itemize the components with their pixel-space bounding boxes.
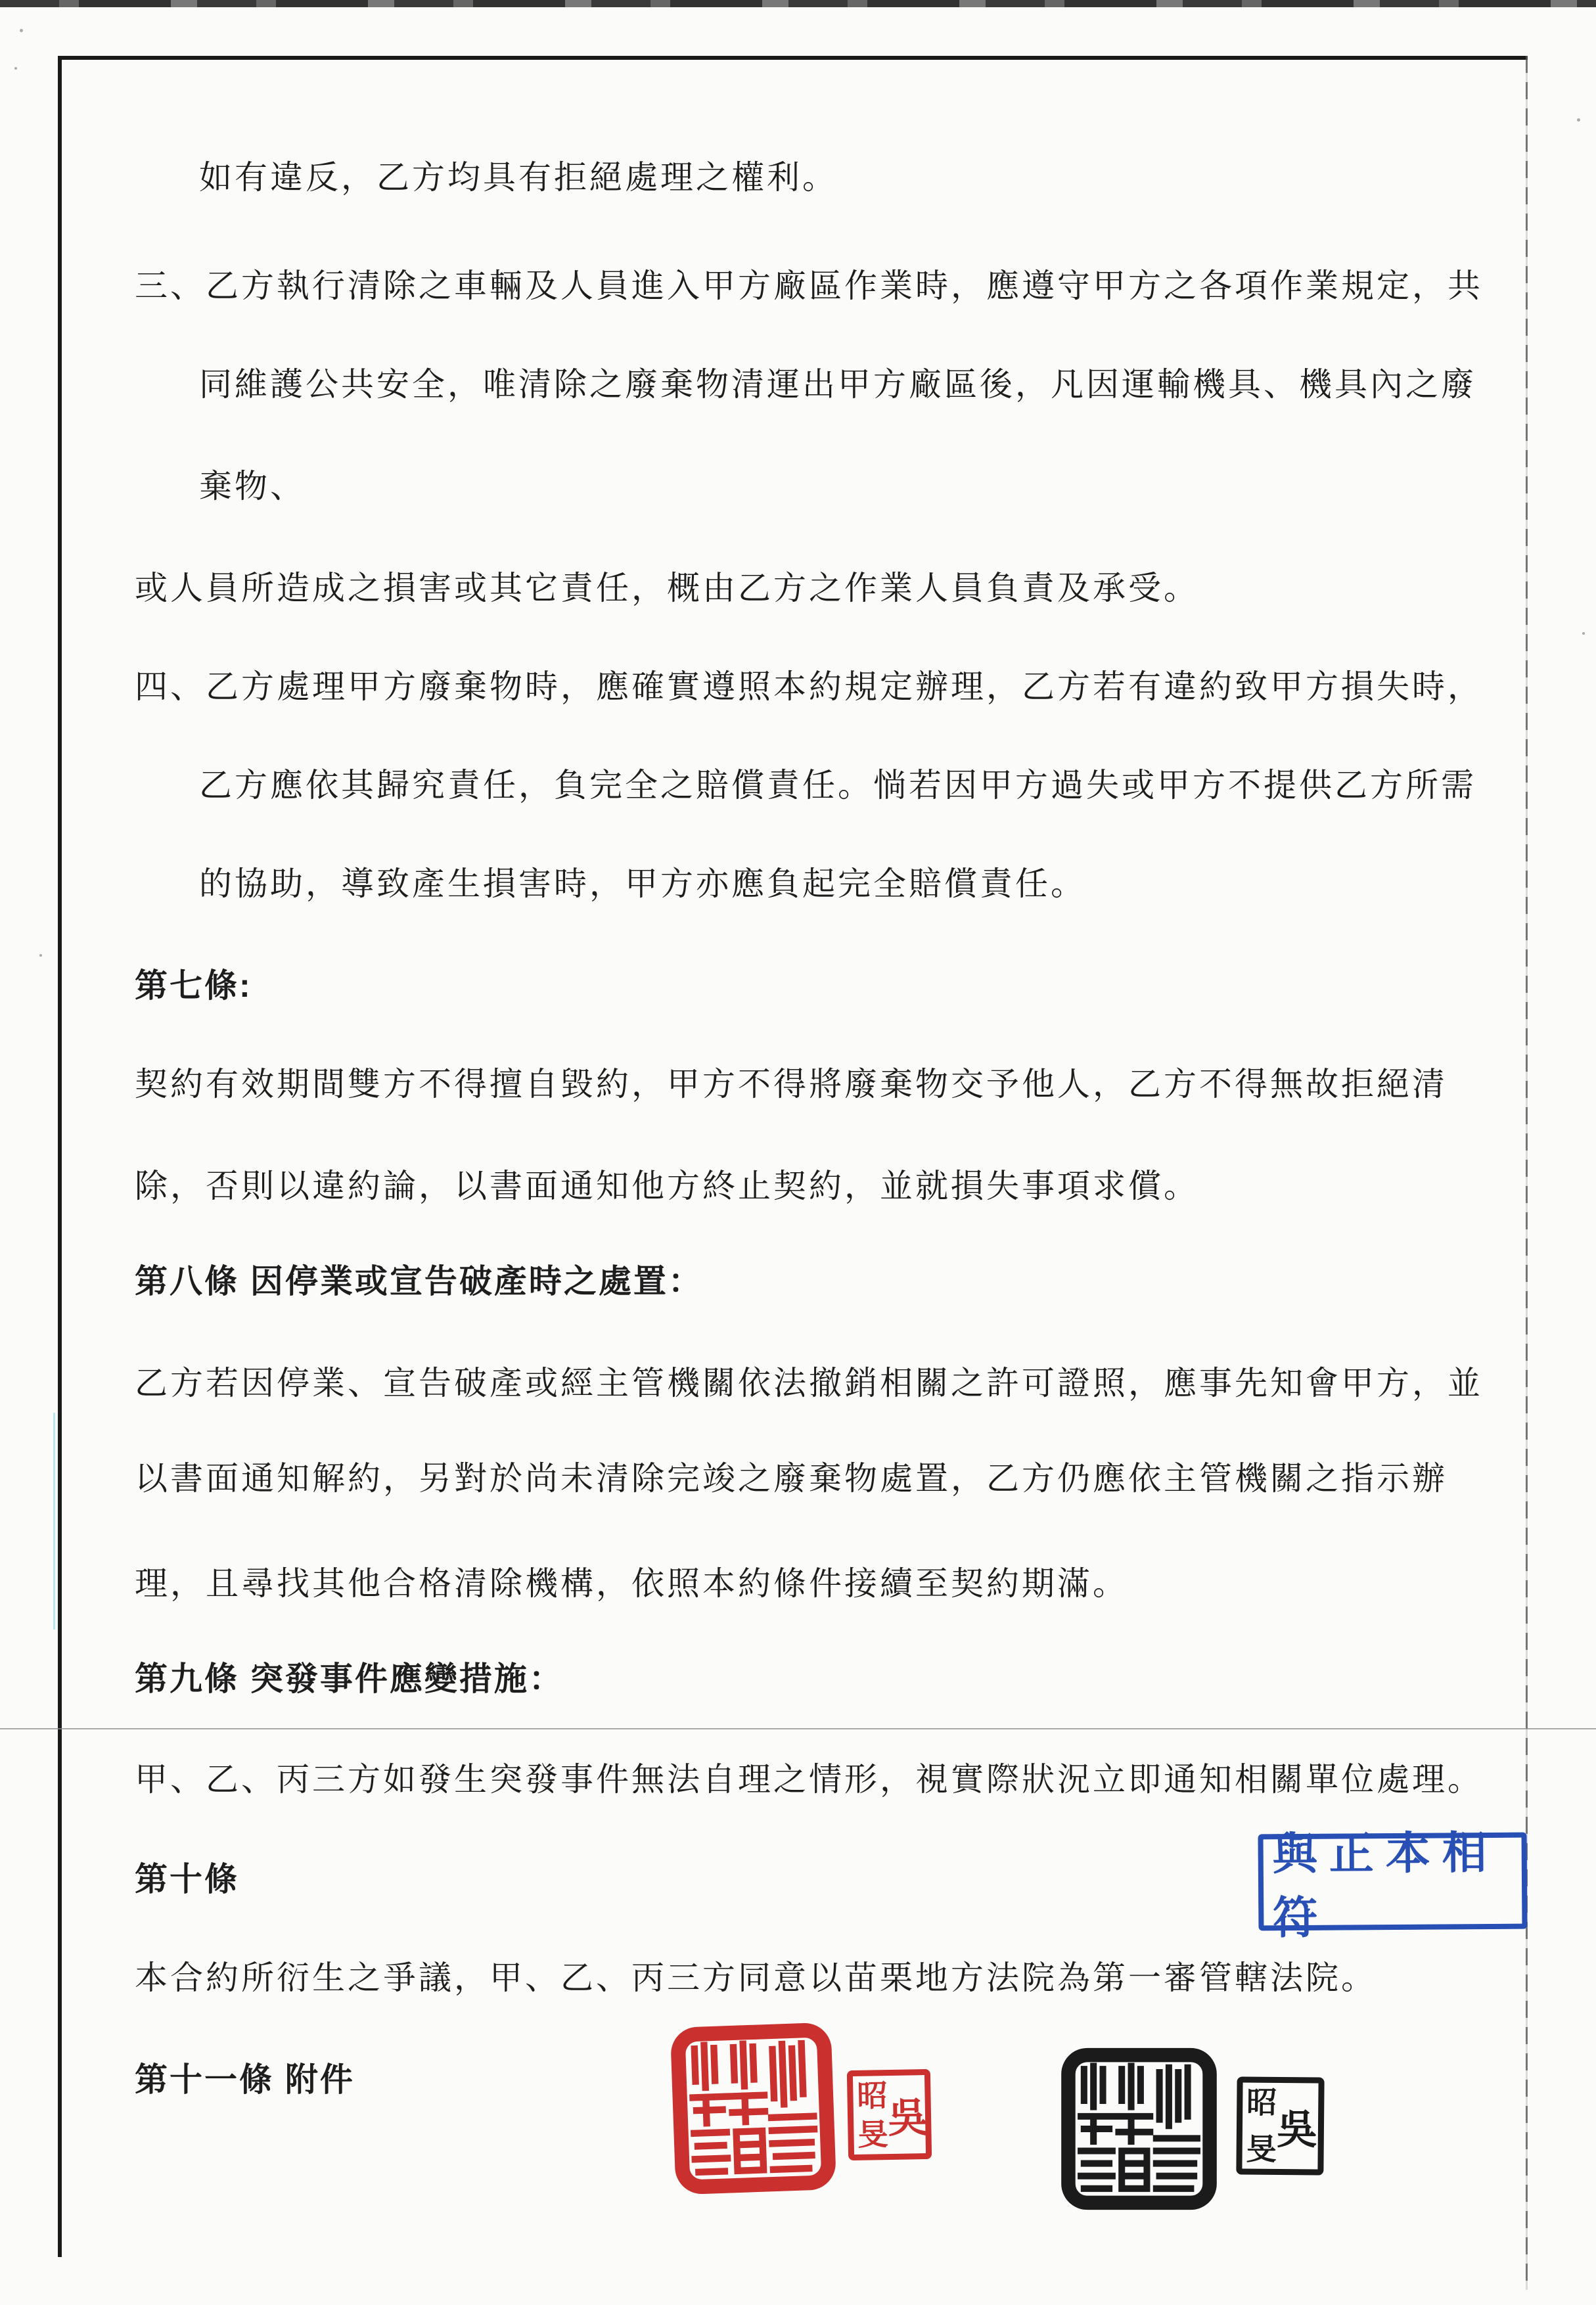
contract-line: 乙方應依其歸究責任，負完全之賠償責任。惝若因甲方過失或甲方不提供乙方所需 (199, 759, 1476, 806)
contract-line: 以書面通知解約，另對於尚未清除完竣之廢棄物處置，乙方仍應依主管機關之指示辦 (135, 1452, 1448, 1499)
scan-color-artifact (53, 1413, 55, 1630)
contract-line: 四、乙方處理甲方廢棄物時，應確實遵照本約規定辦理，乙方若有違約致甲方損失時， (135, 660, 1483, 708)
company-seal-black (1060, 2042, 1218, 2216)
contract-line: 如有違反，乙方均具有拒絕處理之權利。 (199, 151, 838, 198)
company-seal-red (670, 2020, 838, 2197)
name-seal-char: 旻 (857, 2118, 888, 2151)
contract-line: 甲、乙、丙三方如發生突發事件無法自理之情形，視實際狀況立即通知相關單位處理。 (135, 1753, 1483, 1800)
contract-line: 的協助，導致產生損害時，甲方亦應負起完全賠償責任。 (199, 857, 1086, 905)
name-seal-char: 昭 (1246, 2087, 1277, 2119)
scan-speck (39, 954, 42, 957)
name-seal-char: 吳 (887, 2078, 929, 2151)
scan-speck (1577, 118, 1580, 122)
name-seal-red: 昭 旻 吳 (847, 2069, 932, 2160)
name-seal-red-left-column: 昭 旻 (854, 2078, 888, 2152)
contract-line: 第七條: (135, 959, 252, 1007)
scanned-contract-page: 如有違反，乙方均具有拒絕處理之權利。三、乙方執行清除之車輛及人員進入甲方廠區作業… (0, 0, 1596, 2305)
contract-line: 或人員所造成之損害或其它責任，概由乙方之作業人員負責及承受。 (135, 562, 1199, 609)
contract-line: 本合約所衍生之爭議，甲、乙、丙三方同意以苗栗地方法院為第一審管轄法院。 (135, 1951, 1377, 1999)
certified-copy-stamp: 與正本相符 (1258, 1833, 1527, 1931)
page-border-top (58, 56, 1528, 60)
name-seal-black: 昭 旻 吳 (1236, 2076, 1324, 2175)
contract-line: 三、乙方執行清除之車輛及人員進入甲方廠區作業時，應遵守甲方之各項作業規定，共 (135, 260, 1483, 307)
contract-line: 同維護公共安全，唯清除之廢棄物清運出甲方廠區後，凡因運輸機具、機具內之廢 (199, 358, 1476, 405)
page-border-right (1526, 56, 1528, 2290)
contract-line: 棄物、 (199, 460, 306, 507)
scan-speck (20, 29, 23, 32)
contract-line: 除，否則以違約論，以書面通知他方終止契約，並就損失事項求償。 (135, 1160, 1199, 1207)
name-seal-black-left-column: 昭 旻 (1243, 2086, 1277, 2166)
name-seal-char: 昭 (857, 2080, 888, 2112)
contract-line: 理，且尋找其他合格清除機構，依照本約條件接續至契約期滿。 (135, 1557, 1128, 1605)
contract-line: 契約有效期間雙方不得擅自毀約，甲方不得將廢棄物交予他人，乙方不得無故拒絕清 (135, 1058, 1448, 1105)
scan-line-artifact (0, 1728, 1596, 1729)
contract-line: 第十一條 附件 (135, 2053, 355, 2101)
certified-copy-stamp-text: 與正本相符 (1263, 1817, 1522, 1946)
contract-line: 乙方若因停業、宣告破產或經主管機關依法撤銷相關之許可證照，應事先知會甲方，並 (135, 1357, 1483, 1404)
scan-speck (14, 67, 17, 70)
scan-speck (1582, 632, 1585, 635)
name-seal-char: 旻 (1246, 2133, 1276, 2165)
scan-edge-artifact (0, 0, 1596, 7)
contract-line: 第九條 突發事件應變措施： (135, 1653, 564, 1700)
page-border-left (58, 56, 62, 2257)
contract-line: 第八條 因停業或宣告破產時之處置： (135, 1255, 703, 1302)
contract-line: 第十條 (135, 1853, 239, 1900)
name-seal-char: 吳 (1276, 2086, 1317, 2167)
